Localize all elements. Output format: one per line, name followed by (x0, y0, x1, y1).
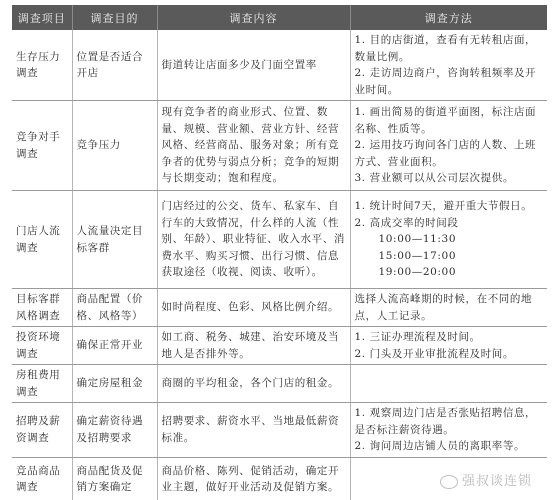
method-line: 2. 询问周边店铺人员的离职率等。 (355, 438, 544, 455)
table-row: 生存压力调查 位置是否适合开店 街道转让店面多少及门面空置率 1. 目的店街道，… (12, 30, 547, 101)
time-slot: 15:00—17:00 (355, 248, 544, 265)
method-line: 2. 走访周边商户，咨询转租频率及开业时间。 (355, 65, 544, 98)
method-line: 1. 统计时间7天，避开重大节假日。 (355, 198, 544, 215)
cell-content: 招聘要求、薪资水平、当地最低薪资标准。 (157, 403, 350, 458)
table-row: 投资环境调查 确保正常开业 如工商、税务、城建、治安环境及当地人是否排外等。 1… (12, 327, 547, 365)
cell-item: 生存压力调查 (12, 30, 72, 101)
wechat-icon (440, 475, 458, 489)
cell-content: 现有竞争者的商业形式、位置、数量、规模、营业额、营业方针、经营风格、经营商品、服… (157, 101, 350, 191)
cell-method: 1. 三证办理流程及时间。 2. 门头及开业审批流程及时间。 (350, 327, 547, 365)
header-item: 调查项目 (12, 5, 72, 30)
survey-table: 调查项目 调查目的 调查内容 调查方法 生存压力调查 位置是否适合开店 街道转让… (12, 5, 547, 500)
method-line: 2. 运用技巧询问各门店的人数、上班方式、营业面积。 (355, 137, 544, 170)
cell-content: 如工商、税务、城建、治安环境及当地人是否排外等。 (157, 327, 350, 365)
cell-item: 门店人流调查 (12, 191, 72, 289)
cell-item: 投资环境调查 (12, 327, 72, 365)
cell-content: 如时尚程度、色彩、风格比例介绍。 (157, 289, 350, 327)
cell-purpose: 商品配置（价格、风格等） (72, 289, 157, 327)
cell-item: 竞争对手调查 (12, 101, 72, 191)
cell-content: 街道转让店面多少及门面空置率 (157, 30, 350, 101)
header-purpose: 调查目的 (72, 5, 157, 30)
time-slot: 19:00—20:00 (355, 264, 544, 281)
header-content: 调查内容 (157, 5, 350, 30)
cell-purpose: 人流量决定目标客群 (72, 191, 157, 289)
time-slot: 10:00—11:30 (355, 231, 544, 248)
cell-item: 竞品商品调查 (12, 457, 72, 500)
cell-item: 房租费用调查 (12, 365, 72, 403)
cell-method: 1. 观察周边门店是否张贴招聘信息，是否标注薪资待遇。 2. 询问周边店铺人员的… (350, 403, 547, 458)
method-line: 1. 目的店街道，查看有无转租店面，数量比例。 (355, 32, 544, 65)
cell-purpose: 确保正常开业 (72, 327, 157, 365)
cell-purpose: 竞争压力 (72, 101, 157, 191)
cell-purpose: 确定房屋租金 (72, 365, 157, 403)
table-row: 招聘及薪资调查 确定薪资待遇及招聘要求 招聘要求、薪资水平、当地最低薪资标准。 … (12, 403, 547, 458)
cell-method: 选择人流高峰期的时候，在不同的地点，人工记录。 (350, 289, 547, 327)
method-line: 1. 画出简易的街道平面图，标注店面名称、性质等。 (355, 104, 544, 137)
method-line: 3. 营业额可以从公司层次提供。 (355, 170, 544, 187)
cell-method: 1. 画出简易的街道平面图，标注店面名称、性质等。 2. 运用技巧询问各门店的人… (350, 101, 547, 191)
table-header-row: 调查项目 调查目的 调查内容 调查方法 (12, 5, 547, 30)
cell-content: 商品价格、陈列、促销活动，确定开业主题，做好开业活动及促销方案。 (157, 457, 350, 500)
method-line: 选择人流高峰期的时候，在不同的地点，人工记录。 (355, 291, 544, 324)
cell-item: 招聘及薪资调查 (12, 403, 72, 458)
cell-method: 1. 统计时间7天，避开重大节假日。 2. 高成交率的时间段 10:00—11:… (350, 191, 547, 289)
table-row: 目标客群风格调查 商品配置（价格、风格等） 如时尚程度、色彩、风格比例介绍。 选… (12, 289, 547, 327)
table-row: 竞争对手调查 竞争压力 现有竞争者的商业形式、位置、数量、规模、营业额、营业方针… (12, 101, 547, 191)
table-row: 房租费用调查 确定房屋租金 商圈的平均租金，各个门店的租金。 (12, 365, 547, 403)
cell-method (350, 365, 547, 403)
header-method: 调查方法 (350, 5, 547, 30)
cell-purpose: 确定薪资待遇及招聘要求 (72, 403, 157, 458)
method-line: 1. 观察周边门店是否张贴招聘信息，是否标注薪资待遇。 (355, 405, 544, 438)
cell-purpose: 位置是否适合开店 (72, 30, 157, 101)
method-line: 2. 门头及开业审批流程及时间。 (355, 346, 544, 363)
cell-content: 门店经过的公交、货车、私家车、自行车的大致情况，什么样的人流（性别、年龄）、职业… (157, 191, 350, 289)
cell-content: 商圈的平均租金，各个门店的租金。 (157, 365, 350, 403)
method-line: 2. 高成交率的时间段 (355, 215, 544, 232)
watermark-text: 强叔谈连锁 (462, 474, 532, 489)
cell-item: 目标客群风格调查 (12, 289, 72, 327)
cell-method: 1. 目的店街道，查看有无转租店面，数量比例。 2. 走访周边商户，咨询转租频率… (350, 30, 547, 101)
cell-purpose: 商品配货及促销方案确定 (72, 457, 157, 500)
table-row: 门店人流调查 人流量决定目标客群 门店经过的公交、货车、私家车、自行车的大致情况… (12, 191, 547, 289)
method-line: 1. 三证办理流程及时间。 (355, 329, 544, 346)
watermark: 强叔谈连锁 (440, 470, 532, 489)
